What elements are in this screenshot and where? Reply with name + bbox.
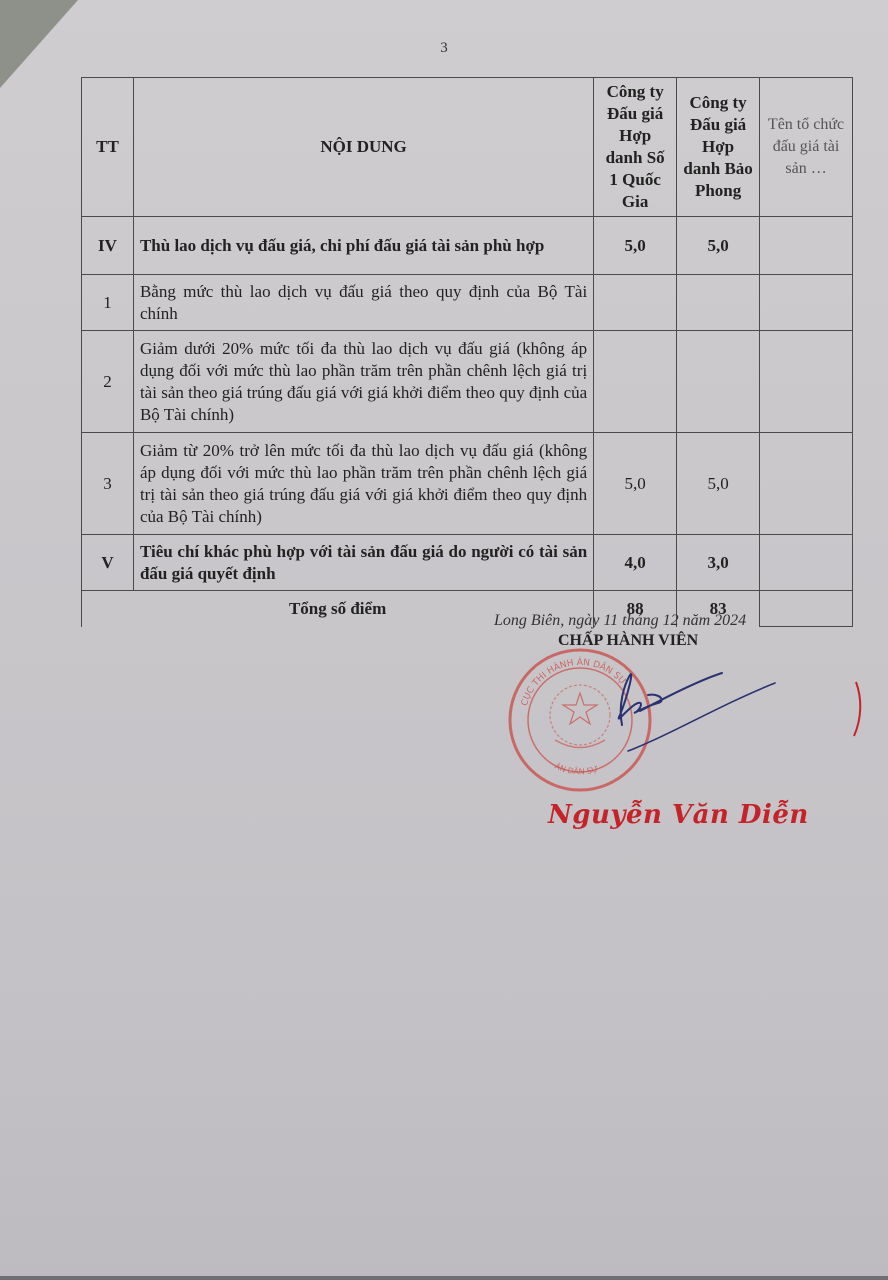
row-content: Giảm dưới 20% mức tối đa thù lao dịch vụ… [133, 331, 593, 433]
row-tt: 3 [82, 433, 134, 535]
score-company-b: 3,0 [677, 535, 760, 591]
table-row: 1 Bằng mức thù lao dịch vụ đấu giá theo … [82, 275, 853, 331]
header-content: NỘI DUNG [133, 78, 593, 217]
score-company-a: 4,0 [594, 535, 677, 591]
row-content: Tiêu chí khác phù hợp với tài sản đấu gi… [133, 535, 593, 591]
header-company-a: Công ty Đấu giá Hợp danh Số 1 Quốc Gia [594, 78, 677, 217]
score-company-b: 5,0 [677, 217, 760, 275]
red-margin-mark [850, 680, 866, 740]
score-company-b [677, 275, 760, 331]
row-tt: V [82, 535, 134, 591]
score-company-c [760, 275, 853, 331]
row-content: Bằng mức thù lao dịch vụ đấu giá theo qu… [133, 275, 593, 331]
total-company-c [760, 591, 853, 627]
table-row: IV Thù lao dịch vụ đấu giá, chi phí đấu … [82, 217, 853, 275]
header-company-b: Công ty Đấu giá Hợp danh Bảo Phong [677, 78, 760, 217]
score-company-c [760, 535, 853, 591]
score-company-b [677, 331, 760, 433]
header-company-c: Tên tổ chức đấu giá tài sản … [760, 78, 853, 217]
score-company-a [594, 331, 677, 433]
score-company-a: 5,0 [594, 217, 677, 275]
header-tt: TT [82, 78, 134, 217]
score-company-c [760, 217, 853, 275]
signer-name: Nguyễn Văn Diễn [548, 800, 809, 830]
score-company-a: 5,0 [594, 433, 677, 535]
score-company-c [760, 331, 853, 433]
row-tt: IV [82, 217, 134, 275]
row-content: Thù lao dịch vụ đấu giá, chi phí đấu giá… [133, 217, 593, 275]
page-number: 3 [0, 40, 888, 57]
page-bottom-edge [0, 1276, 888, 1280]
place-date: Long Biên, ngày 11 tháng 12 năm 2024 [494, 612, 746, 630]
scoring-table: TT NỘI DUNG Công ty Đấu giá Hợp danh Số … [81, 77, 853, 627]
table-header-row: TT NỘI DUNG Công ty Đấu giá Hợp danh Số … [82, 78, 853, 217]
score-company-c [760, 433, 853, 535]
svg-text:ÁN DÂN SỰ: ÁN DÂN SỰ [553, 760, 599, 777]
row-content: Giảm từ 20% trở lên mức tối đa thù lao d… [133, 433, 593, 535]
row-tt: 2 [82, 331, 134, 433]
score-company-a [594, 275, 677, 331]
table-row: 2 Giảm dưới 20% mức tối đa thù lao dịch … [82, 331, 853, 433]
table-row: V Tiêu chí khác phù hợp với tài sản đấu … [82, 535, 853, 591]
score-company-b: 5,0 [677, 433, 760, 535]
row-tt: 1 [82, 275, 134, 331]
handwritten-signature-icon [600, 665, 780, 765]
table-row: 3 Giảm từ 20% trở lên mức tối đa thù lao… [82, 433, 853, 535]
